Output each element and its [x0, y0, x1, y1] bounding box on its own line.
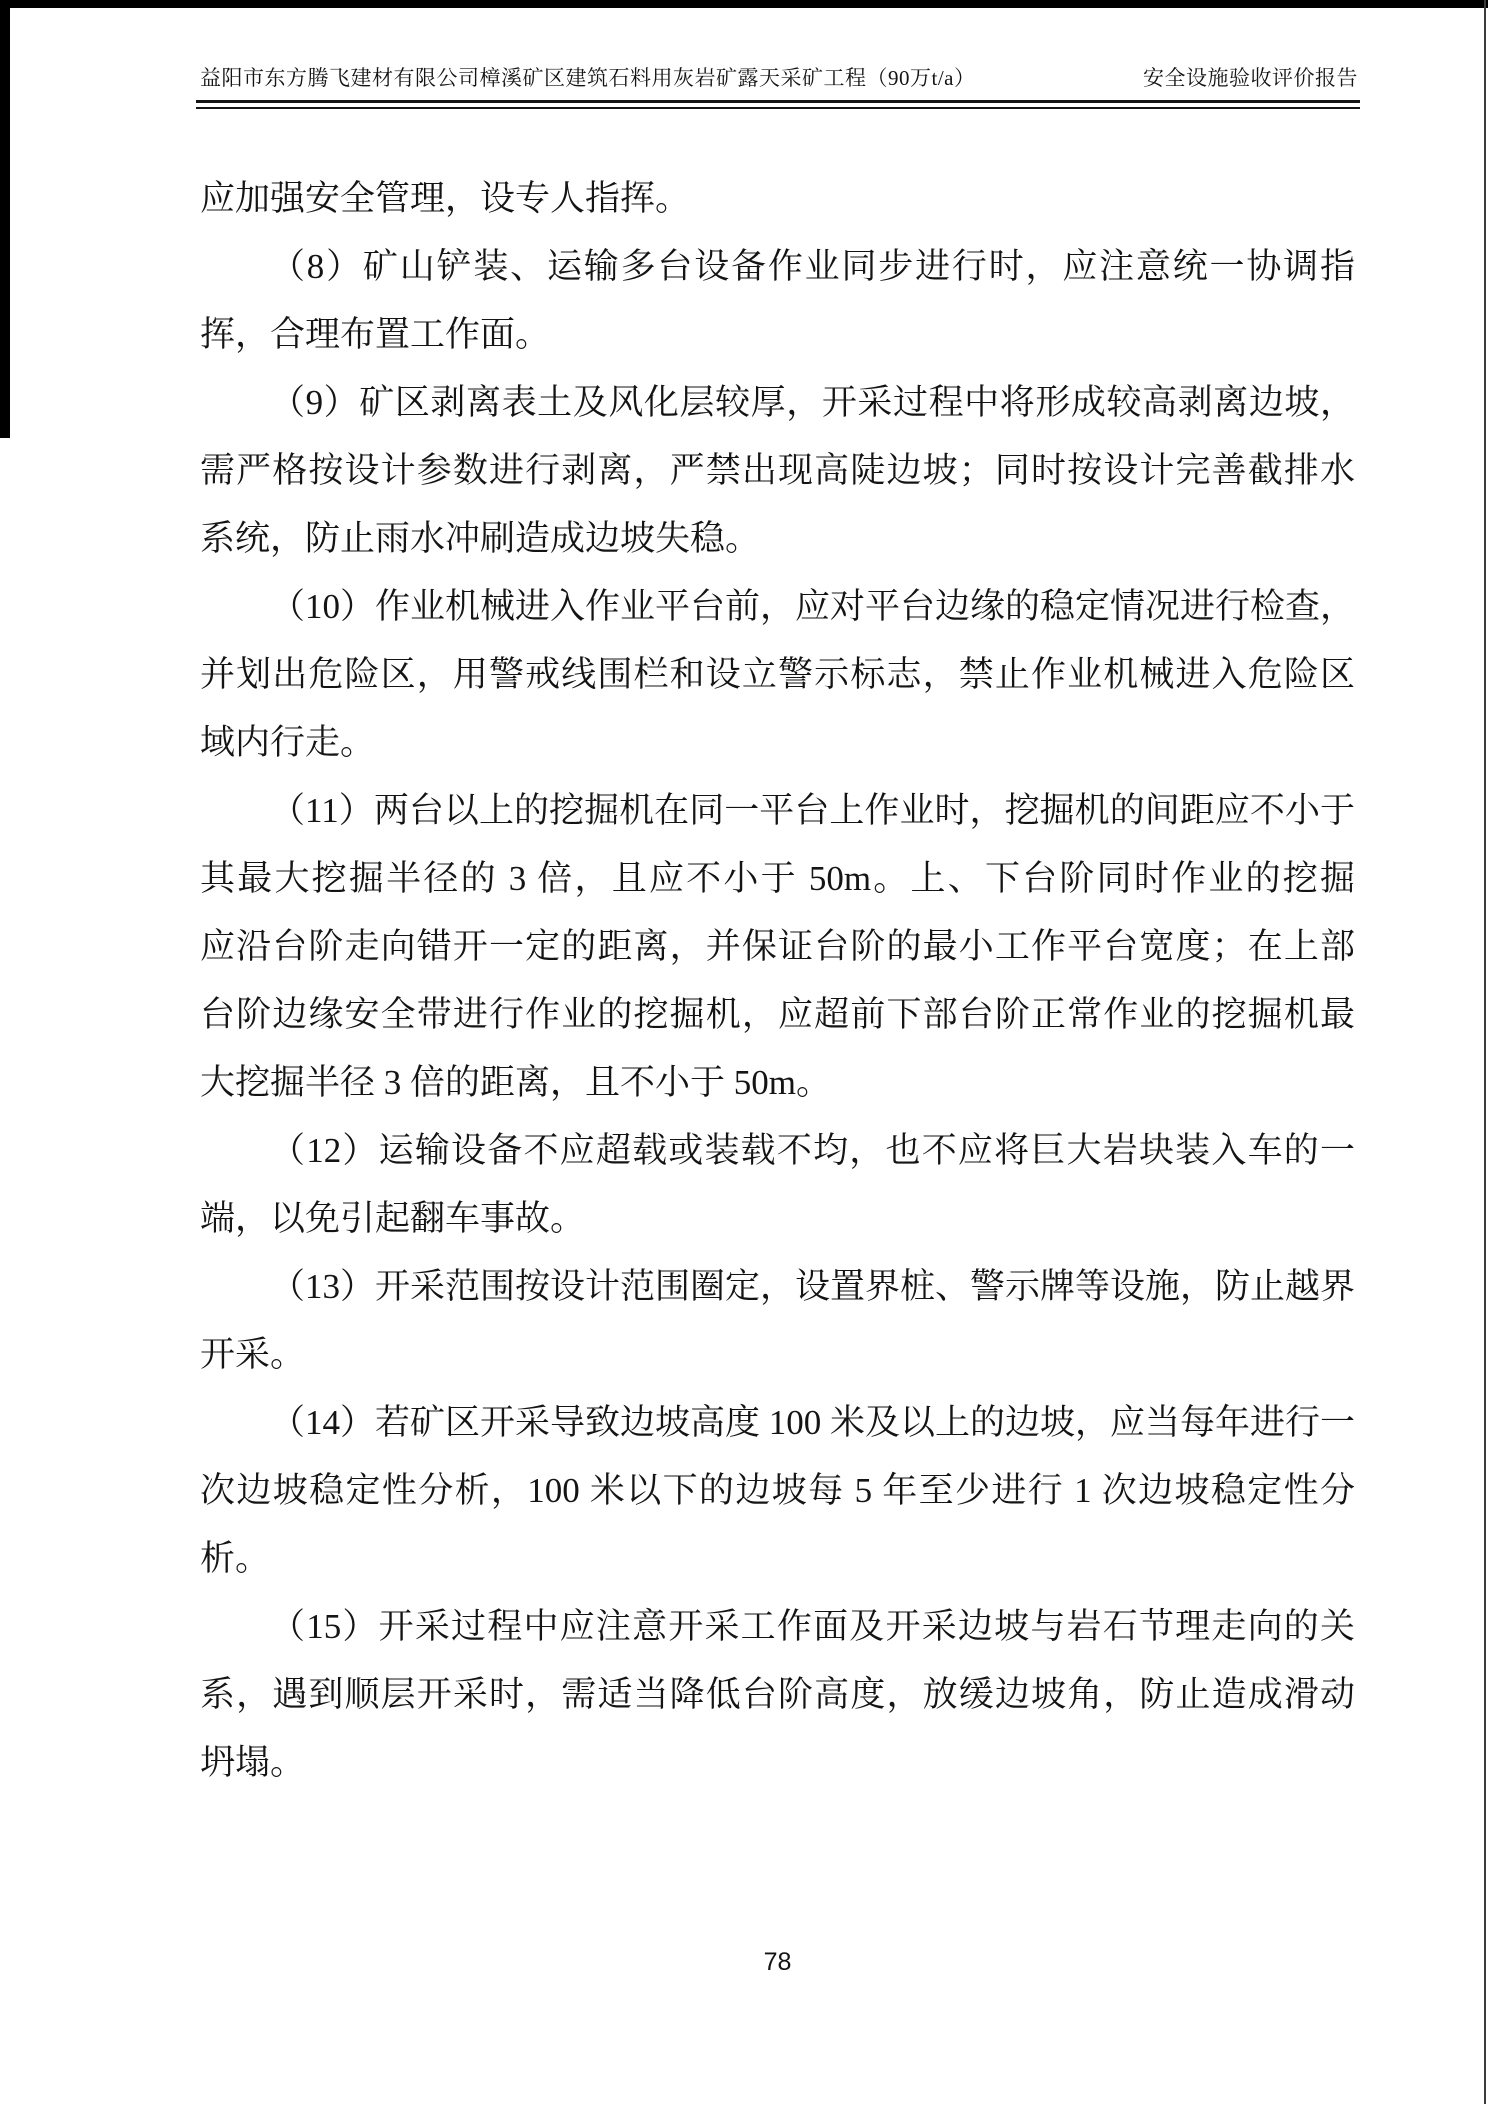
page-header: 益阳市东方腾飞建材有限公司樟溪矿区建筑石料用灰岩矿露天采矿工程（90万t/a） … [200, 62, 1358, 92]
text-line: （15）开采过程中应注意开采工作面及开采边坡与岩石节理走向的关 [200, 1593, 1355, 1661]
page-number: 78 [764, 1948, 792, 1976]
document-body: 应加强安全管理，设专人指挥。（8）矿山铲装、运输多台设备作业同步进行时，应注意统… [200, 165, 1355, 1797]
text-line: 系，遇到顺层开采时，需适当降低台阶高度，放缓边坡角，防止造成滑动 [200, 1661, 1355, 1729]
scan-artifact-right-line [1484, 0, 1486, 2104]
text-line: 析。 [200, 1525, 1355, 1593]
text-line: 并划出危险区，用警戒线围栏和设立警示标志，禁止作业机械进入危险区 [200, 641, 1355, 709]
text-line: 挥，合理布置工作面。 [200, 301, 1355, 369]
text-line: 台阶边缘安全带进行作业的挖掘机，应超前下部台阶正常作业的挖掘机最 [200, 981, 1355, 1049]
text-line: 端，以免引起翻车事故。 [200, 1185, 1355, 1253]
text-line: 应加强安全管理，设专人指挥。 [200, 165, 1355, 233]
text-line: 次边坡稳定性分析，100 米以下的边坡每 5 年至少进行 1 次边坡稳定性分 [200, 1457, 1355, 1525]
text-line: 开采。 [200, 1321, 1355, 1389]
text-line: （10）作业机械进入作业平台前，应对平台边缘的稳定情况进行检查， [200, 573, 1355, 641]
text-line: 大挖掘半径 3 倍的距离，且不小于 50m。 [200, 1049, 1355, 1117]
text-line: 其最大挖掘半径的 3 倍，且应不小于 50m。上、下台阶同时作业的挖掘机， [200, 845, 1355, 913]
text-line: 应沿台阶走向错开一定的距离，并保证台阶的最小工作平台宽度；在上部 [200, 913, 1355, 981]
text-line: （13）开采范围按设计范围圈定，设置界桩、警示牌等设施，防止越界 [200, 1253, 1355, 1321]
header-divider-double-rule [196, 100, 1360, 109]
document-page: 益阳市东方腾飞建材有限公司樟溪矿区建筑石料用灰岩矿露天采矿工程（90万t/a） … [0, 0, 1488, 2104]
header-project-title: 益阳市东方腾飞建材有限公司樟溪矿区建筑石料用灰岩矿露天采矿工程（90万t/a） [200, 62, 976, 92]
scan-artifact-left-bar [0, 0, 10, 438]
text-line: （9）矿区剥离表土及风化层较厚，开采过程中将形成较高剥离边坡， [200, 369, 1355, 437]
header-report-title: 安全设施验收评价报告 [1143, 62, 1358, 92]
text-line: （11）两台以上的挖掘机在同一平台上作业时，挖掘机的间距应不小于 [200, 777, 1355, 845]
text-line: （12）运输设备不应超载或装载不均，也不应将巨大岩块装入车的一 [200, 1117, 1355, 1185]
text-line: 坍塌。 [200, 1729, 1355, 1797]
text-line: 需严格按设计参数进行剥离，严禁出现高陡边坡；同时按设计完善截排水 [200, 437, 1355, 505]
page-footer: 78 [200, 1948, 1355, 1977]
text-line: 域内行走。 [200, 709, 1355, 777]
text-line: （8）矿山铲装、运输多台设备作业同步进行时，应注意统一协调指 [200, 233, 1355, 301]
text-line: 系统，防止雨水冲刷造成边坡失稳。 [200, 505, 1355, 573]
scan-artifact-top-bar [0, 0, 1488, 8]
text-line: （14）若矿区开采导致边坡高度 100 米及以上的边坡，应当每年进行一 [200, 1389, 1355, 1457]
